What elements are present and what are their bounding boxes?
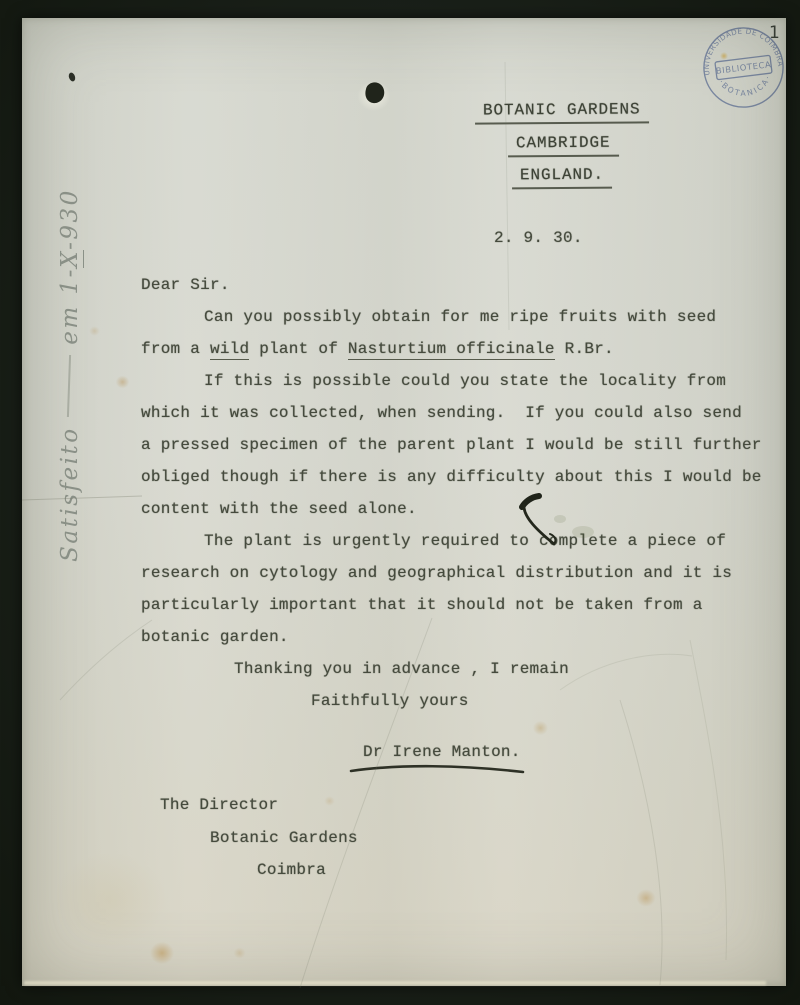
letterhead-line-1: BOTANIC GARDENS: [483, 100, 641, 124]
library-stamp: UNIVERSIDADE DE COIMBRA ·BOTANICA· BIBLI…: [699, 23, 788, 112]
recipient-line: The Director: [160, 789, 358, 822]
signature: Dr Irene Manton.: [363, 740, 521, 764]
letter-line: The plant is urgently required to comple…: [141, 525, 800, 557]
paper-bottom-edge-highlight: [24, 981, 766, 985]
letter-line: a pressed specimen of the parent plant I…: [141, 429, 800, 461]
scanned-letter-page: 1 UNIVERSIDADE DE COIMBRA ·BOTANICA· BIB…: [0, 0, 800, 1005]
letter-text: R.Br.: [555, 340, 614, 358]
letter-line: particularly important that it should no…: [141, 589, 800, 621]
margin-note-word: em 1-: [57, 268, 83, 345]
letterhead-text: BOTANIC GARDENS: [475, 99, 649, 124]
margin-note-word: -930: [57, 188, 83, 250]
handwritten-margin-note: Satisfeito em 1-X-930: [57, 125, 83, 625]
margin-note-numeral: X: [57, 250, 84, 268]
letter-line: which it was collected, when sending. If…: [141, 397, 800, 429]
letterhead-line-2: CAMBRIDGE: [516, 133, 611, 157]
underlined-species-name: Nasturtium officinale: [348, 340, 555, 360]
letter-line: research on cytology and geographical di…: [141, 557, 800, 589]
letter-line: obliged though if there is any difficult…: [141, 461, 800, 493]
letter-body: Dear Sir. Can you possibly obtain for me…: [141, 269, 800, 717]
letter-line: If this is possible could you state the …: [141, 365, 800, 397]
letter-line: content with the seed alone.: [141, 493, 800, 525]
closing-line: Thanking you in advance , I remain: [141, 653, 800, 685]
salutation: Dear Sir.: [141, 269, 800, 301]
letter-line: from a wild plant of Nasturtium officina…: [141, 333, 800, 365]
letter-text: plant of: [249, 340, 348, 358]
pen-flourish: [67, 355, 71, 417]
letterhead-text: CAMBRIDGE: [508, 133, 619, 158]
stamp-center-text: BIBLIOTECA: [715, 59, 772, 76]
letterhead-line-3: ENGLAND.: [520, 165, 604, 189]
letter-line: Can you possibly obtain for me ripe frui…: [141, 301, 800, 333]
recipient-line: Coimbra: [160, 854, 358, 887]
underlined-word: wild: [210, 340, 249, 360]
recipient-line: Botanic Gardens: [160, 822, 358, 855]
letterhead-text: ENGLAND.: [512, 165, 612, 190]
letter-text: from a: [141, 340, 210, 358]
letter-line: botanic garden.: [141, 621, 800, 653]
ink-blot-halo: [352, 76, 396, 116]
letter-date: 2. 9. 30.: [494, 228, 583, 248]
closing-line: Faithfully yours: [141, 685, 800, 717]
recipient-address: The Director Botanic Gardens Coimbra: [160, 789, 358, 887]
margin-note-word: Satisfeito: [57, 426, 83, 561]
